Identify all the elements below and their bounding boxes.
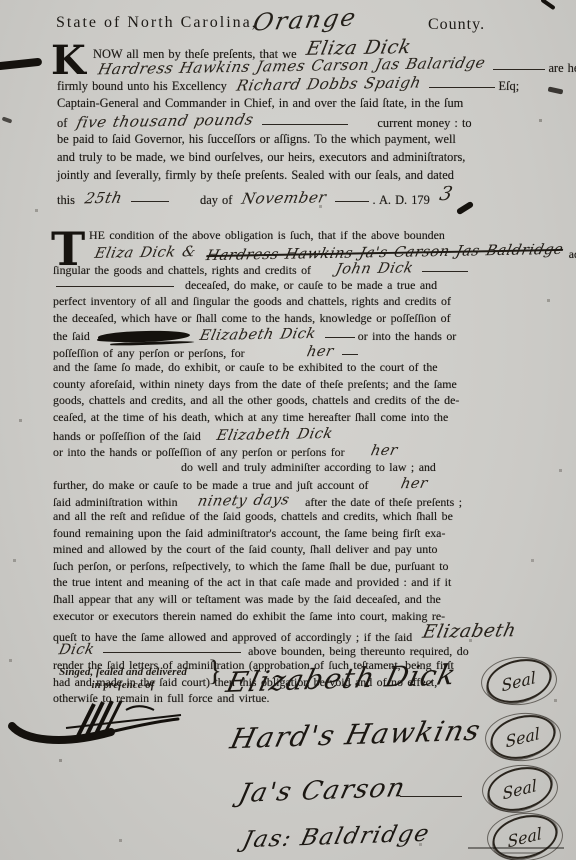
handwritten-text: her	[369, 444, 399, 459]
printed-text: and all the reſt and reſidue of the ſaid…	[53, 509, 453, 523]
text-line: mined and allowed by the court of the ſa…	[53, 542, 531, 559]
spacer	[316, 273, 330, 274]
blank-line-rule	[429, 87, 495, 88]
county-name-handwritten: Orange	[251, 3, 360, 36]
printed-text: perfect inventory of all and ſingular th…	[53, 294, 451, 308]
text-line: firmly bound unto his Excellency Richard…	[57, 76, 527, 94]
scanned-document-page: State of North Carolina, Orange County. …	[0, 0, 576, 860]
bond-paragraph: K NOW all men by theſe preſents, that we…	[57, 40, 527, 204]
printed-text: ſingular the goods and chattels, rights …	[53, 263, 311, 277]
printed-text: day of	[200, 193, 232, 207]
handwritten-text: ninety days	[196, 493, 291, 509]
printed-text: Eſq;	[498, 79, 519, 93]
condition-paragraph: T HE condition of the above obligation i…	[53, 228, 531, 708]
blank-line-rule	[400, 796, 462, 797]
handwritten-text: 25th	[83, 190, 123, 206]
scrawl-strokes	[6, 690, 206, 752]
dropcap-t: T	[51, 222, 85, 276]
printed-text: hands or poſſeſſion of the ſaid	[53, 429, 201, 443]
printed-text: be paid to ſaid Governor, his ſucceſſors…	[57, 132, 456, 146]
handwritten-text: November	[241, 190, 329, 207]
printed-text: ſhall appear that any will or teſtament …	[53, 592, 441, 606]
blank-line-rule	[131, 201, 169, 202]
handwritten-text: Dick	[57, 642, 95, 657]
document-header: State of North Carolina, Orange County.	[0, 8, 576, 44]
text-line: and truly to be made, we bind ourſelves,…	[57, 149, 527, 167]
text-line: ſingular the goods and chattels, rights …	[53, 261, 531, 278]
printed-text: current money : to	[377, 116, 471, 130]
handwritten-text: her	[306, 345, 336, 360]
printed-text: ceaſed, at the time of his death, which …	[53, 410, 448, 424]
signature-hardress-hawkins: Hard's Hawkins	[227, 714, 485, 756]
text-line: the ſaid Elizabeth Dickor into the hands…	[53, 327, 531, 344]
paper-specks	[0, 0, 1, 1]
spacer	[349, 455, 365, 456]
seal-flourish-2: Seal	[486, 709, 560, 766]
attestation-line-1: Singed, ſealed and delivered	[38, 666, 208, 679]
text-line: hands or poſſeſſion of the ſaid Elizabet…	[53, 427, 531, 444]
handwritten-text: Elizabeth Dick	[216, 427, 335, 444]
handwritten-text: Elizabeth Dick	[199, 327, 318, 344]
ink-mark	[0, 58, 42, 71]
spacer	[205, 439, 211, 440]
blank-line-rule	[342, 354, 358, 355]
text-line: ſaid adminiſtration within ninety daysaf…	[53, 493, 531, 510]
printed-text: and the ſame ſo made, do exhibit, or cau…	[53, 360, 438, 374]
printed-text: after the date of theſe preſents ;	[305, 495, 462, 509]
attestation-clause: Singed, ſealed and delivered in preſence…	[38, 666, 208, 692]
printed-text: above bounden, being thereunto required,…	[248, 644, 468, 658]
printed-text: executor or executors therein named do e…	[53, 609, 445, 623]
printed-text: deceaſed, do make, or cauſe to be made a…	[185, 278, 437, 292]
text-line: goods, chattels and credits, and all the…	[53, 393, 531, 410]
blank-line-rule	[103, 652, 241, 653]
printed-text: found remaining upon the ſaid adminiſtra…	[53, 526, 445, 540]
printed-text: county aforeſaid, within ninety days fro…	[53, 377, 457, 391]
text-line: Captain-General and Commander in Chief, …	[57, 95, 527, 113]
text-line: the true intent and meaning of the act i…	[53, 575, 531, 592]
handwritten-text: Eliza Dick &	[93, 245, 197, 261]
text-line: ſhall appear that any will or teſtament …	[53, 592, 531, 609]
text-line: Eliza Dick &Hardress Hawkins Ja's Carson…	[53, 245, 531, 262]
handwritten-text: Elizabeth	[421, 622, 518, 642]
spacer	[295, 505, 305, 506]
text-line: poſſeſſion of any perſon or perſons, for…	[53, 344, 531, 361]
county-word: County.	[428, 16, 485, 34]
state-title: State of North Carolina,	[56, 14, 258, 32]
handwritten-text: five thousand pounds	[75, 112, 255, 130]
handwritten-text: Hardress Hawkins James Carson Jas Balari…	[97, 56, 487, 78]
text-line: Dickabove bounden, being thereunto requi…	[53, 642, 531, 659]
blank-line-rule	[493, 69, 545, 70]
text-line: ceaſed, at the time of his death, which …	[53, 410, 531, 427]
printed-text: ſaid adminiſtration within	[53, 495, 178, 509]
text-line: this 25thday of November. A. D. 179 3	[57, 186, 527, 204]
blank-line-rule	[335, 201, 369, 202]
text-line: jointly and ſeverally, firmly by theſe p…	[57, 167, 527, 185]
handwritten-text: John Dick	[334, 261, 414, 277]
signature-james-baldridge: Jas: Baldridge	[240, 821, 433, 853]
printed-text: do well and truly adminiſter according t…	[181, 460, 436, 474]
spacer	[172, 203, 200, 204]
printed-text: queſt to have the ſame allowed and appro…	[53, 630, 412, 644]
ink-blot	[98, 330, 190, 344]
printed-text: HE condition of the above obligation is …	[89, 228, 445, 242]
ink-mark	[468, 847, 564, 849]
spacer	[373, 488, 395, 489]
text-line: be paid to ſaid Governor, his ſucceſſors…	[57, 131, 527, 149]
brace-glyph: }	[208, 664, 222, 677]
seal-word: Seal	[502, 775, 537, 803]
handwritten-text: Richard Dobbs Spaigh	[235, 76, 422, 94]
spacer	[351, 126, 377, 127]
seal-word: Seal	[505, 723, 540, 751]
signature-james-carson: Ja's Carson	[236, 773, 409, 809]
blank-line-rule	[325, 337, 355, 338]
text-line: of five thousand poundscurrent money : t…	[57, 113, 527, 131]
printed-text: . A. D. 179	[372, 193, 429, 207]
printed-text: Captain-General and Commander in Chief, …	[57, 96, 463, 110]
text-line: and all the reſt and reſidue of the ſaid…	[53, 509, 531, 526]
spacer	[53, 470, 181, 471]
text-line: or into the hands or poſſeſſion of any p…	[53, 443, 531, 460]
printed-text: the deceaſed, which have or ſhall come t…	[53, 311, 451, 325]
witness-signature-scrawl	[6, 690, 206, 757]
spacer	[249, 356, 301, 357]
printed-text: goods, chattels and credits, and all the…	[53, 393, 459, 407]
printed-text: mined and allowed by the court of the ſa…	[53, 542, 437, 556]
text-line: deceaſed, do make, or cauſe to be made a…	[53, 278, 531, 295]
printed-text: are held and	[548, 61, 576, 75]
spacer	[177, 288, 185, 289]
text-line: and the ſame ſo made, do exhibit, or cau…	[53, 360, 531, 377]
printed-text: further, do make or cauſe to be made a t…	[53, 478, 369, 492]
dropcap-k: K	[51, 37, 86, 84]
printed-text: or into the hands or	[358, 329, 456, 343]
printed-text: the ſaid	[53, 329, 90, 343]
text-line: HE condition of the above obligation is …	[53, 228, 531, 245]
seal-word: Seal	[501, 667, 536, 695]
printed-text: and truly to be made, we bind ourſelves,…	[57, 150, 465, 164]
text-line: ſuch perſon, or perſons, reſpectively, t…	[53, 559, 531, 576]
printed-text: or into the hands or poſſeſſion of any p…	[53, 445, 345, 459]
printed-text: jointly and ſeverally, firmly by theſe p…	[57, 168, 454, 182]
blank-line-rule	[422, 271, 468, 272]
seal-flourish-3: Seal	[483, 761, 557, 818]
text-line: perfect inventory of all and ſingular th…	[53, 294, 531, 311]
blank-line-rule	[262, 124, 348, 125]
text-line: queſt to have the ſame allowed and appro…	[53, 625, 531, 642]
ink-mark	[2, 116, 13, 123]
handwritten-text: her	[399, 477, 429, 492]
handwritten-text: 3	[438, 183, 455, 202]
text-line: county aforeſaid, within ninety days fro…	[53, 377, 531, 394]
text-line: found remaining upon the ſaid adminiſtra…	[53, 526, 531, 543]
printed-text: ſuch perſon, or perſons, reſpectively, t…	[53, 559, 448, 573]
ink-mark	[500, 852, 540, 854]
printed-text: poſſeſſion of any perſon or perſons, for	[53, 346, 245, 360]
ink-mark	[548, 86, 564, 94]
text-line: the deceaſed, which have or ſhall come t…	[53, 311, 531, 328]
printed-text: the true intent and meaning of the act i…	[53, 575, 451, 589]
text-line: do well and truly adminiſter according t…	[53, 460, 531, 477]
printed-text: adminiſtrator of all and	[569, 247, 576, 261]
blank-line-rule	[56, 286, 174, 287]
printed-text: of	[57, 116, 67, 130]
text-line: Hardress Hawkins James Carson Jas Balari…	[57, 58, 527, 76]
printed-text: this	[57, 193, 75, 207]
spacer	[182, 505, 192, 506]
text-line: further, do make or cauſe to be made a t…	[53, 476, 531, 493]
